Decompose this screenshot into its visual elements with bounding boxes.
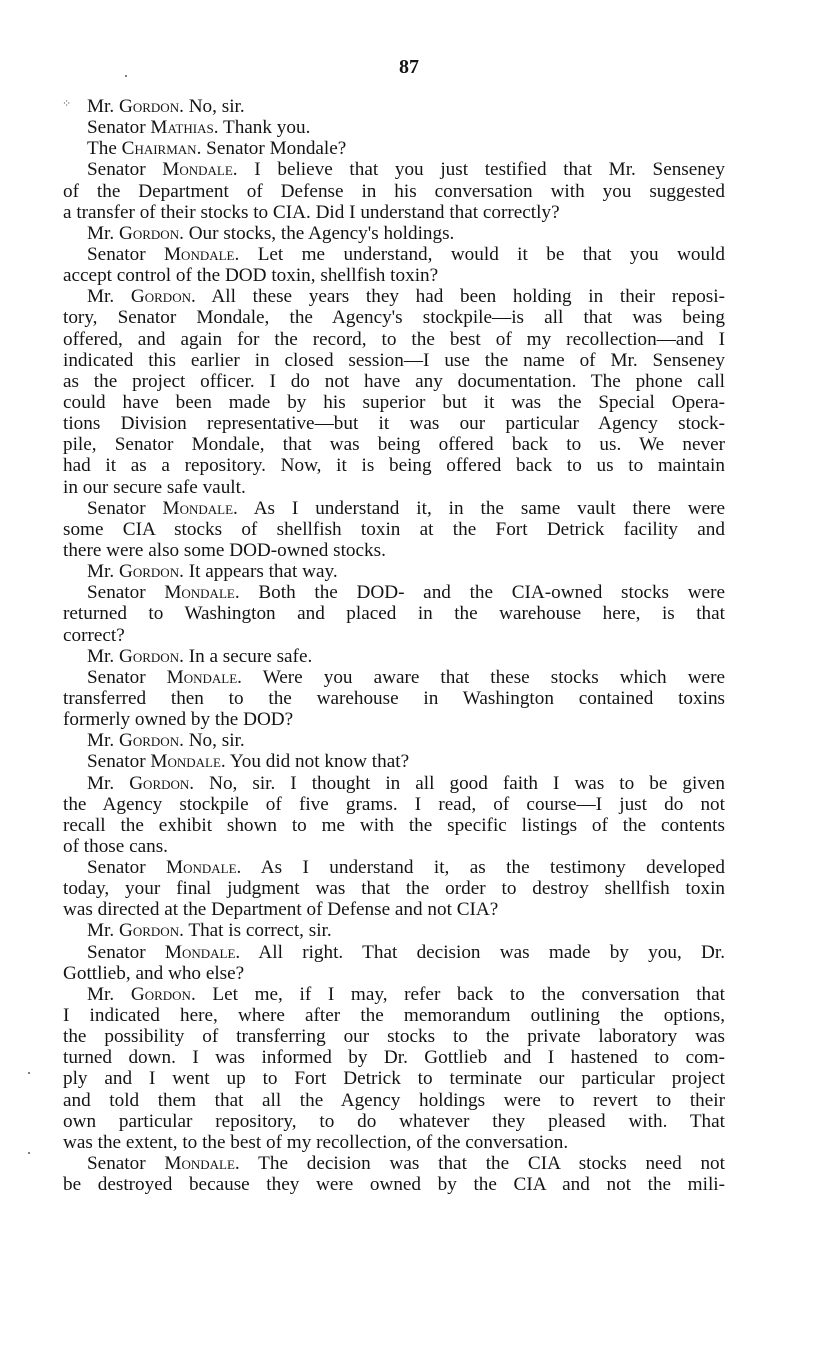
- text-line: Mr. Gordon. Let me, if I may, refer back…: [63, 984, 725, 1005]
- speech-text: You did not know that?: [230, 751, 409, 772]
- transcript-paragraph: Mr. Gordon. No, sir.: [63, 96, 725, 117]
- text-line: Mr. Gordon. No, sir.: [63, 96, 725, 117]
- speaker-name: Mondale: [167, 667, 238, 688]
- transcript-paragraph: The Chairman. Senator Mondale?: [63, 138, 725, 159]
- speaker-title: Mr.: [87, 920, 119, 941]
- text-line: was directed at the Department of Defens…: [63, 899, 725, 920]
- transcript-paragraph: Senator Mondale. The decision was that t…: [63, 1153, 725, 1195]
- transcript-paragraph: Mr. Gordon. No, sir.: [63, 730, 725, 751]
- speaker-title: Mr.: [87, 646, 119, 667]
- scan-speck: [28, 1152, 30, 1154]
- speaker-title: Mr.: [87, 561, 119, 582]
- text-line: Mr. Gordon. Our stocks, the Agency's hol…: [63, 223, 725, 244]
- speaker-name: Mondale: [164, 582, 235, 603]
- transcript-paragraph: Senator Mondale. All right. That decisio…: [63, 942, 725, 984]
- speaker-name: Gordon: [119, 646, 179, 667]
- text-line: and told them that all the Agency holdin…: [63, 1090, 725, 1111]
- speech-text: Senator Mondale?: [206, 138, 346, 159]
- text-line: indicated this earlier in closed session…: [63, 350, 725, 371]
- speech-text: Let me, if I may, refer back to the conv…: [212, 984, 725, 1005]
- speaker-title: Mr.: [87, 223, 119, 244]
- text-line: Senator Mathias. Thank you.: [63, 117, 725, 138]
- document-page: 87 ⁘ Mr. Gordon. No, sir.Senator Mathias…: [0, 0, 818, 1362]
- speaker-title: Mr.: [87, 286, 131, 307]
- speaker-name: Gordon: [119, 223, 179, 244]
- speech-text: No, sir.: [189, 730, 245, 751]
- text-line: recall the exhibit shown to me with the …: [63, 815, 725, 836]
- speech-text: Let me understand, would it be that you …: [258, 244, 725, 265]
- speaker-name: Gordon: [119, 920, 179, 941]
- text-line: offered, and again for the record, to th…: [63, 329, 725, 350]
- text-line: was the extent, to the best of my recoll…: [63, 1132, 725, 1153]
- text-line: Senator Mondale. Both the DOD- and the C…: [63, 582, 725, 603]
- speaker-title: Mr.: [87, 730, 119, 751]
- speech-text: Our stocks, the Agency's holdings.: [189, 223, 455, 244]
- transcript-paragraph: Mr. Gordon. That is correct, sir.: [63, 920, 725, 941]
- transcript-paragraph: Senator Mondale. Let me understand, woul…: [63, 244, 725, 286]
- text-line: of those cans.: [63, 836, 725, 857]
- text-line: returned to Washington and placed in the…: [63, 603, 725, 624]
- text-line: Mr. Gordon. It appears that way.: [63, 561, 725, 582]
- speaker-title: Senator: [87, 1153, 164, 1174]
- text-line: some CIA stocks of shellfish toxin at th…: [63, 519, 725, 540]
- page-number: 87: [0, 55, 818, 79]
- text-line: Gottlieb, and who else?: [63, 963, 725, 984]
- text-line: transferred then to the warehouse in Was…: [63, 688, 725, 709]
- speaker-name: Mondale: [163, 498, 234, 519]
- transcript-paragraph: Senator Mathias. Thank you.: [63, 117, 725, 138]
- transcript-body: Mr. Gordon. No, sir.Senator Mathias. Tha…: [63, 96, 725, 1195]
- speaker-title: Mr.: [87, 96, 119, 117]
- text-line: Senator Mondale. I believe that you just…: [63, 159, 725, 180]
- transcript-paragraph: Senator Mondale. Were you aware that the…: [63, 667, 725, 730]
- transcript-paragraph: Senator Mondale. You did not know that?: [63, 751, 725, 772]
- text-line: Senator Mondale. The decision was that t…: [63, 1153, 725, 1174]
- speaker-title: Senator: [87, 857, 166, 878]
- text-line: I indicated here, where after the memora…: [63, 1005, 725, 1026]
- speaker-title: Senator: [87, 117, 150, 138]
- speech-text: All these years they had been holding in…: [211, 286, 725, 307]
- speaker-name: Gordon: [131, 286, 191, 307]
- transcript-paragraph: Mr. Gordon. All these years they had bee…: [63, 286, 725, 497]
- speaker-title: Senator: [87, 751, 150, 772]
- text-line: correct?: [63, 625, 725, 646]
- text-line: The Chairman. Senator Mondale?: [63, 138, 725, 159]
- text-line: ply and I went up to Fort Detrick to ter…: [63, 1068, 725, 1089]
- speaker-title: Mr.: [87, 984, 131, 1005]
- speaker-name: Mondale: [150, 751, 221, 772]
- speech-text: Thank you.: [223, 117, 310, 138]
- speaker-name: Gordon: [119, 96, 179, 117]
- speaker-name: Chairman: [122, 138, 197, 159]
- speaker-name: Mondale: [164, 244, 235, 265]
- text-line: be destroyed because they were owned by …: [63, 1174, 725, 1195]
- speaker-title: Senator: [87, 942, 165, 963]
- text-line: Senator Mondale. Were you aware that the…: [63, 667, 725, 688]
- text-line: turned down. I was informed by Dr. Gottl…: [63, 1047, 725, 1068]
- speech-text: No, sir. I thought in all good faith I w…: [209, 773, 725, 794]
- text-line: a transfer of their stocks to CIA. Did I…: [63, 202, 725, 223]
- speaker-name: Mondale: [166, 857, 237, 878]
- text-line: own particular repository, to do whateve…: [63, 1111, 725, 1132]
- speaker-name: Mondale: [164, 1153, 235, 1174]
- speaker-name: Mondale: [165, 942, 236, 963]
- speaker-title: Senator: [87, 244, 164, 265]
- speaker-title: Mr.: [87, 773, 129, 794]
- text-line: Senator Mondale. You did not know that?: [63, 751, 725, 772]
- text-line: tory, Senator Mondale, the Agency's stoc…: [63, 307, 725, 328]
- speech-text: As I understand it, in the same vault th…: [254, 498, 725, 519]
- speech-text: As I understand it, as the testimony dev…: [261, 857, 725, 878]
- text-line: tions Division representative—but it was…: [63, 413, 725, 434]
- text-line: of the Department of Defense in his conv…: [63, 181, 725, 202]
- speech-text: It appears that way.: [189, 561, 338, 582]
- scan-speck: [125, 75, 127, 77]
- transcript-paragraph: Mr. Gordon. No, sir. I thought in all go…: [63, 773, 725, 858]
- speaker-name: Gordon: [119, 561, 179, 582]
- speaker-title: Senator: [87, 159, 162, 180]
- text-line: the Agency stockpile of five grams. I re…: [63, 794, 725, 815]
- speech-text: In a secure safe.: [189, 646, 313, 667]
- speaker-name: Mathias: [150, 117, 213, 138]
- speech-text: That is correct, sir.: [188, 920, 331, 941]
- speaker-name: Mondale: [162, 159, 233, 180]
- text-line: the possibility of transferring our stoc…: [63, 1026, 725, 1047]
- speech-text: No, sir.: [189, 96, 245, 117]
- speaker-title: Senator: [87, 498, 163, 519]
- speaker-name: Gordon: [129, 773, 189, 794]
- text-line: formerly owned by the DOD?: [63, 709, 725, 730]
- transcript-paragraph: Senator Mondale. As I understand it, in …: [63, 498, 725, 561]
- text-line: Mr. Gordon. That is correct, sir.: [63, 920, 725, 941]
- text-line: Senator Mondale. As I understand it, in …: [63, 498, 725, 519]
- transcript-paragraph: Senator Mondale. I believe that you just…: [63, 159, 725, 222]
- text-line: today, your final judgment was that the …: [63, 878, 725, 899]
- scan-speck: [28, 1072, 30, 1074]
- speaker-name: Gordon: [131, 984, 191, 1005]
- speaker-title: The: [87, 138, 122, 159]
- text-line: could have been made by his superior but…: [63, 392, 725, 413]
- speech-text: All right. That decision was made by you…: [258, 942, 725, 963]
- speaker-name: Gordon: [119, 730, 179, 751]
- text-line: Mr. Gordon. No, sir.: [63, 730, 725, 751]
- speaker-title: Senator: [87, 667, 167, 688]
- text-line: pile, Senator Mondale, that was being of…: [63, 434, 725, 455]
- text-line: Senator Mondale. Let me understand, woul…: [63, 244, 725, 265]
- speech-text: I believe that you just testified that M…: [254, 159, 725, 180]
- text-line: Senator Mondale. As I understand it, as …: [63, 857, 725, 878]
- speech-text: The decision was that the CIA stocks nee…: [258, 1153, 725, 1174]
- speech-text: Both the DOD- and the CIA-owned stocks w…: [258, 582, 725, 603]
- transcript-paragraph: Senator Mondale. As I understand it, as …: [63, 857, 725, 920]
- transcript-paragraph: Mr. Gordon. Let me, if I may, refer back…: [63, 984, 725, 1153]
- text-line: as the project officer. I do not have an…: [63, 371, 725, 392]
- text-line: accept control of the DOD toxin, shellfi…: [63, 265, 725, 286]
- speaker-title: Senator: [87, 582, 164, 603]
- transcript-paragraph: Senator Mondale. Both the DOD- and the C…: [63, 582, 725, 645]
- transcript-paragraph: Mr. Gordon. It appears that way.: [63, 561, 725, 582]
- text-line: Senator Mondale. All right. That decisio…: [63, 942, 725, 963]
- text-line: had it as a repository. Now, it is being…: [63, 455, 725, 476]
- text-line: in our secure safe vault.: [63, 477, 725, 498]
- text-line: there were also some DOD-owned stocks.: [63, 540, 725, 561]
- text-line: Mr. Gordon. No, sir. I thought in all go…: [63, 773, 725, 794]
- text-line: Mr. Gordon. In a secure safe.: [63, 646, 725, 667]
- transcript-paragraph: Mr. Gordon. In a secure safe.: [63, 646, 725, 667]
- text-line: Mr. Gordon. All these years they had bee…: [63, 286, 725, 307]
- speech-text: Were you aware that these stocks which w…: [263, 667, 725, 688]
- transcript-paragraph: Mr. Gordon. Our stocks, the Agency's hol…: [63, 223, 725, 244]
